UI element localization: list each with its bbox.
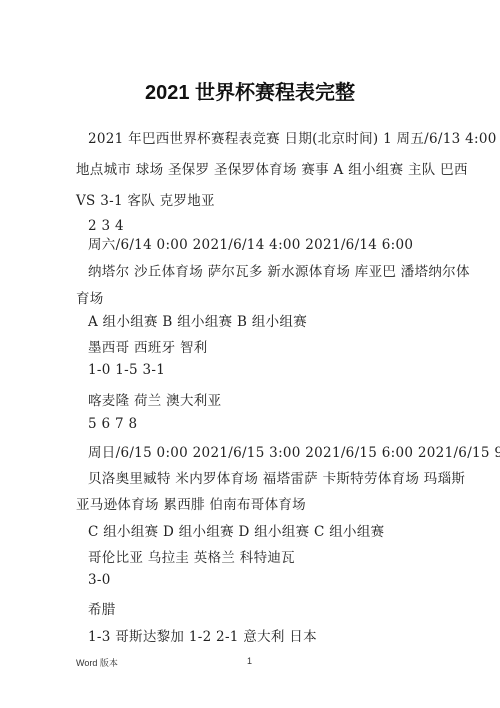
text-line: 纳塔尔 沙丘体育场 萨尔瓦多 新水源体育场 库亚巴 潘塔纳尔体 <box>88 260 470 280</box>
text-line: 3-0 <box>88 572 111 588</box>
text-line: 希腊 <box>88 598 116 618</box>
text-line: 周六/6/14 0:00 2021/6/14 4:00 2021/6/14 6:… <box>88 233 413 253</box>
page-number: 1 <box>247 656 252 666</box>
text-line: 喀麦隆 荷兰 澳大利亚 <box>88 389 221 409</box>
text-line: 1-3 哥斯达黎加 1-2 2-1 意大利 日本 <box>88 625 317 645</box>
text-line: A 组小组赛 B 组小组赛 B 组小组赛 <box>88 310 307 330</box>
text-line: 2 3 4 <box>88 218 124 234</box>
text-line: 5 6 7 8 <box>88 416 137 432</box>
text-line: 周日/6/15 0:00 2021/6/15 3:00 2021/6/15 6:… <box>88 441 500 461</box>
text-line: 育场 <box>76 287 104 307</box>
text-line: 贝洛奥里臧特 米内罗体育场 福塔雷萨 卡斯特劳体育场 玛瑙斯 <box>88 467 465 487</box>
text-line: 2021 年巴西世界杯赛程表竞赛 日期(北京时间) 1 周五/6/13 4:00 <box>88 127 497 147</box>
text-line: 1-0 1-5 3-1 <box>88 362 165 378</box>
text-line: 墨西哥 西班牙 智利 <box>88 336 208 356</box>
text-line: 哥伦比亚 乌拉圭 英格兰 科特迪瓦 <box>88 546 295 566</box>
text-line: 地点城市 球场 圣保罗 圣保罗体育场 赛事 A 组小组赛 主队 巴西 <box>76 158 468 178</box>
text-line: 亚马逊体育场 累西腓 伯南布哥体育场 <box>76 493 306 513</box>
text-line: VS 3-1 客队 克罗地亚 <box>76 189 215 209</box>
footer-label: Word 版本 <box>76 656 118 669</box>
document-title: 2021 世界杯赛程表完整 <box>0 76 500 105</box>
text-line: C 组小组赛 D 组小组赛 D 组小组赛 C 组小组赛 <box>88 520 384 540</box>
